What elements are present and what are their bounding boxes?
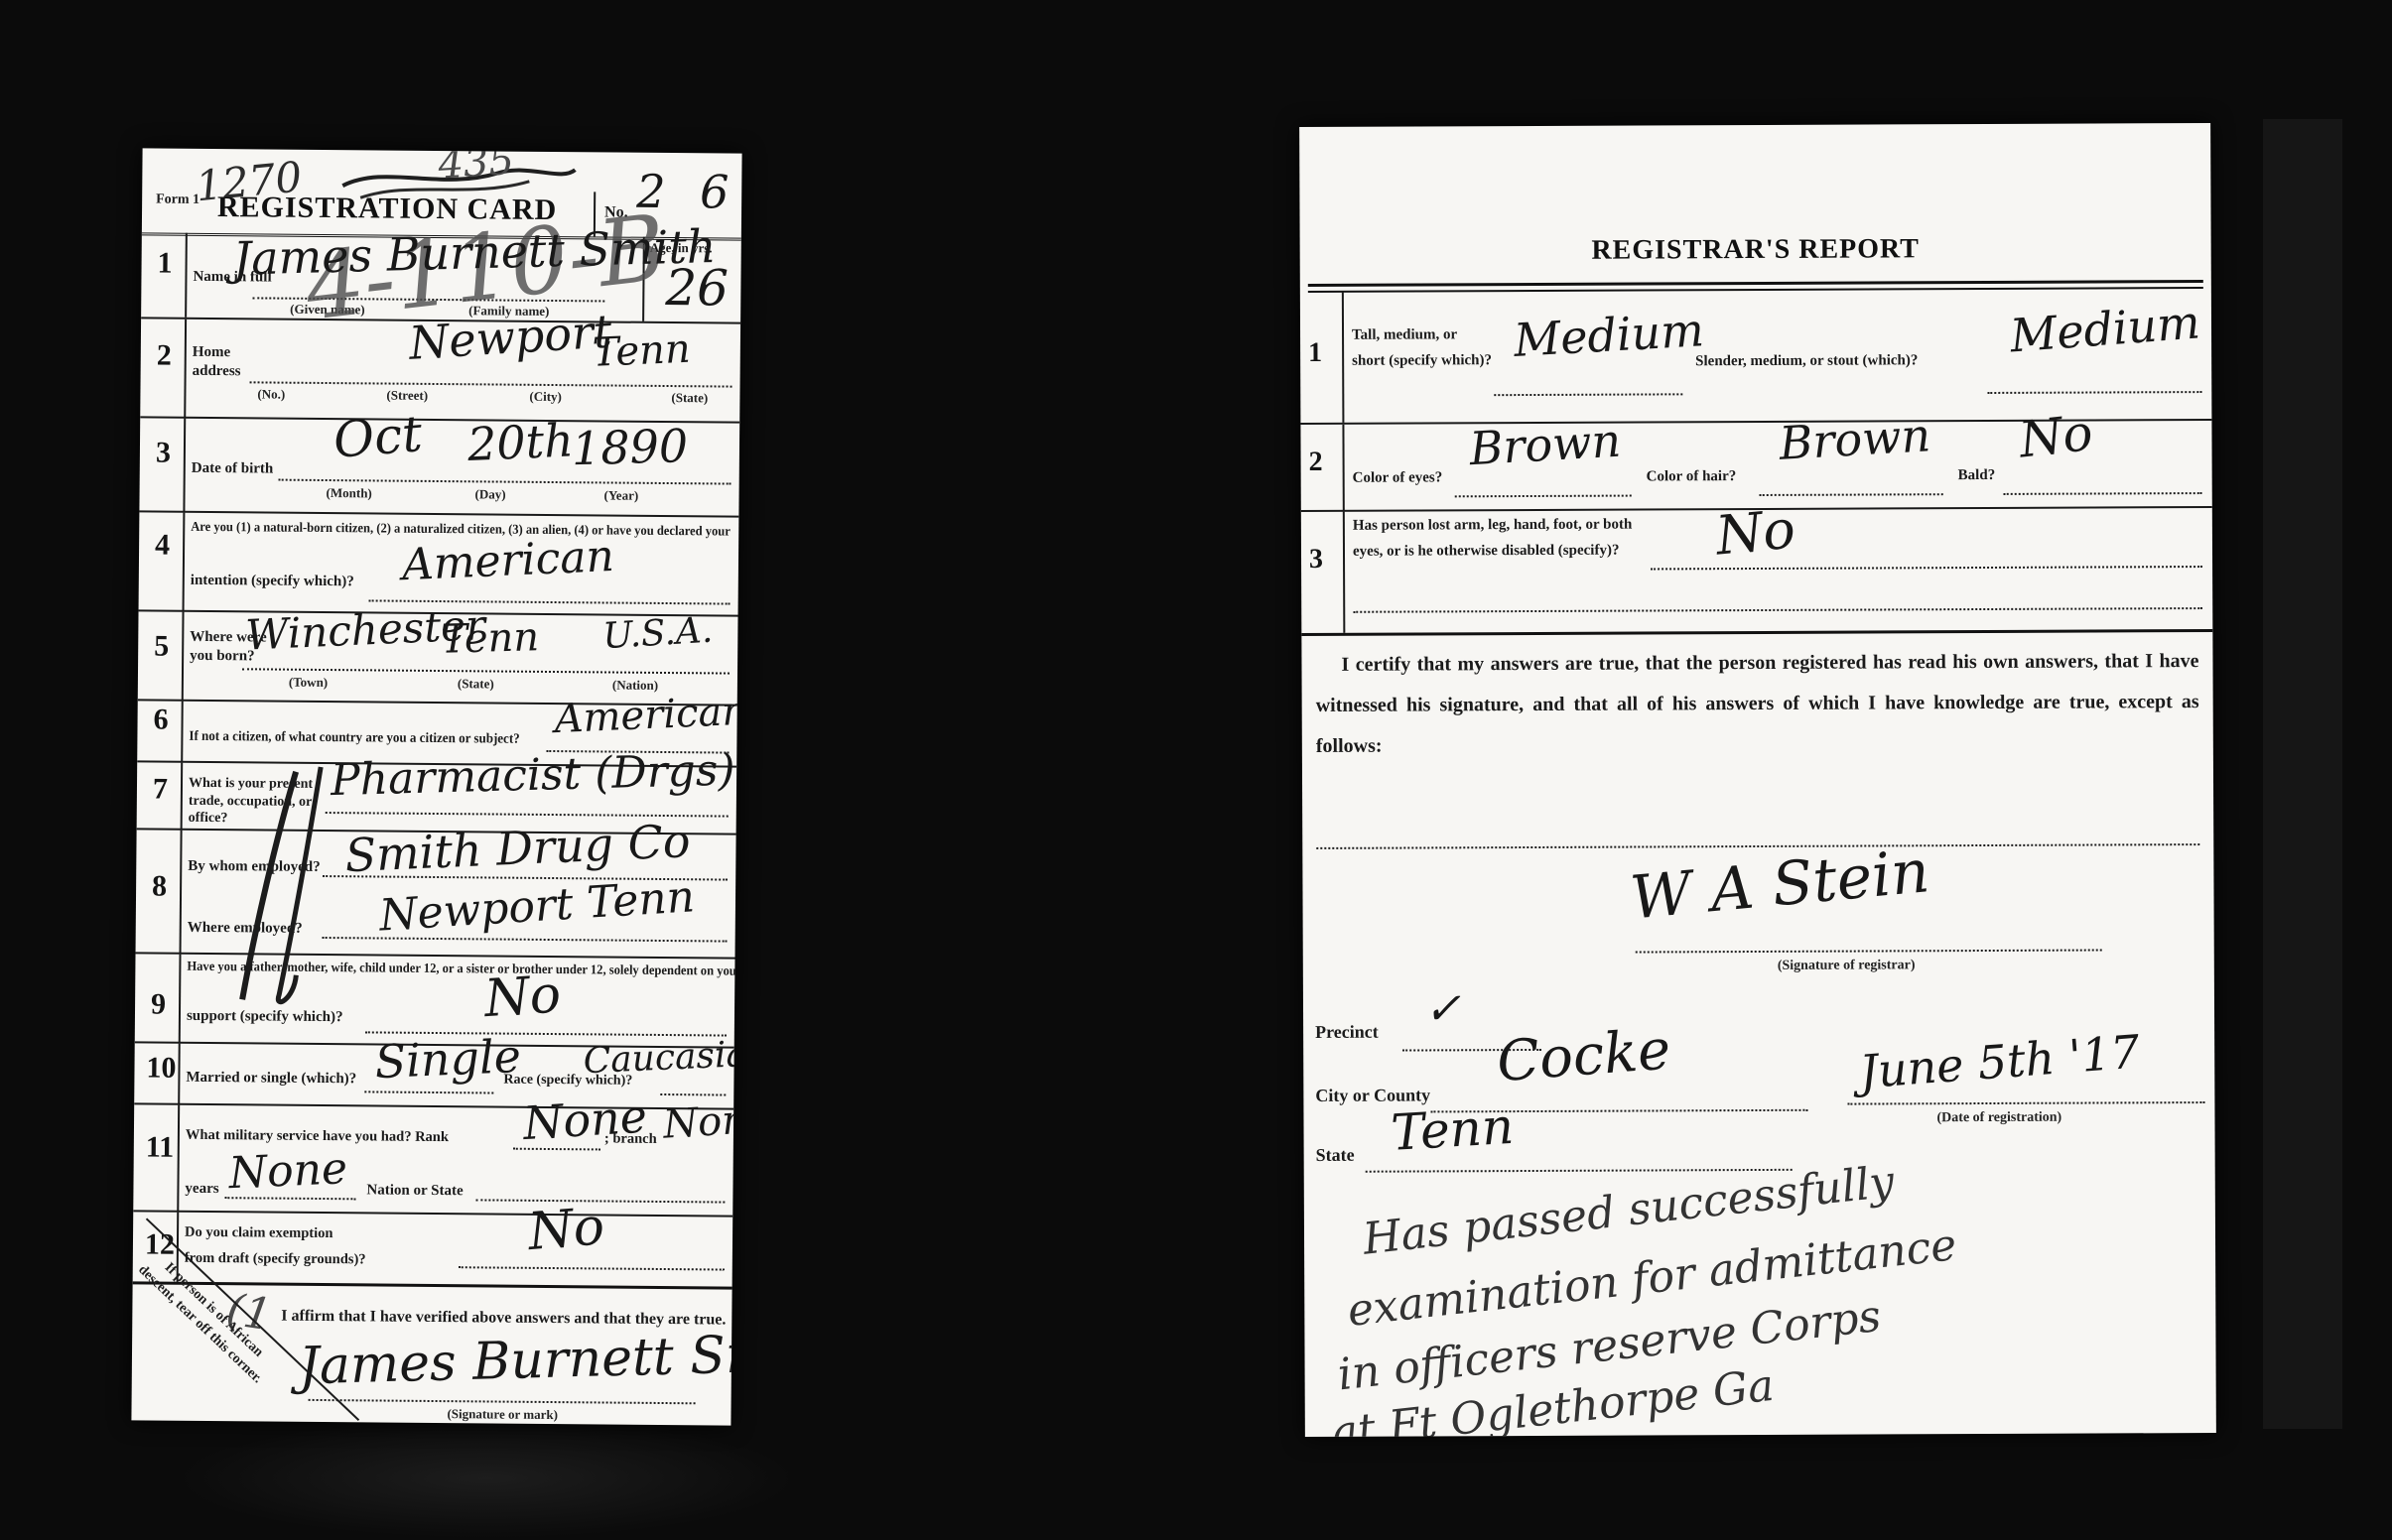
field-label-line2: from draft (specify grounds)?	[185, 1250, 366, 1269]
scanned-page: Form 1 1270 435 REGISTRATION CARD No. 2 …	[0, 0, 2392, 1540]
disability-label-line2: eyes, or is he otherwise disabled (speci…	[1353, 543, 1620, 561]
state-label: State	[1316, 1145, 1355, 1166]
row-number: 1	[1308, 337, 1322, 369]
build-answer: Medium	[2009, 299, 2202, 358]
bald-label: Bald?	[1958, 467, 1996, 484]
field-label-line2: intention (specify which)?	[191, 573, 354, 590]
report-title: REGISTRAR'S REPORT	[1300, 232, 2211, 268]
field-address: 2 Home address Newport Tenn (No.) (Stree…	[140, 317, 740, 423]
row-number: 4	[155, 529, 170, 563]
blank-line	[1316, 843, 2199, 849]
by-whom-answer: Smith Drug Co	[344, 818, 692, 878]
number-column-rule	[183, 513, 186, 612]
answer-line	[2004, 492, 2202, 495]
number-column-rule	[1342, 425, 1344, 512]
registration-date-answer: June 5th '17	[1858, 1029, 2141, 1095]
row-number: 8	[152, 870, 167, 904]
report-field-build: 1 Tall, medium, or short (specify which)…	[1300, 288, 2212, 423]
build-label: Slender, medium, or stout (which)?	[1695, 352, 1918, 370]
signature-sub-label: (Signature or mark)	[447, 1406, 558, 1423]
trade-answer: Pharmacist (Drgs)	[331, 749, 736, 804]
serial-handwriting: 435	[437, 148, 515, 185]
number-column-rule	[178, 1044, 181, 1105]
answer-line	[242, 668, 730, 674]
citizenship-answer: American	[401, 535, 615, 587]
non-citizen-answer: American	[554, 692, 742, 739]
answer-line	[660, 1093, 726, 1096]
bald-answer: No	[2017, 408, 2095, 465]
number-column-rule	[184, 320, 187, 419]
report-field-disability: 3 Has person lost arm, leg, hand, foot, …	[1301, 506, 2213, 636]
birth-year-answer: 1890	[571, 423, 688, 471]
address-state-answer: Tenn	[592, 329, 691, 373]
rank-label: What military service have you had? Rank	[186, 1127, 449, 1146]
state-answer: Tenn	[1390, 1101, 1515, 1158]
precinct-label: Precinct	[1315, 1022, 1379, 1043]
signature-line	[309, 1399, 696, 1404]
years-answer: None	[228, 1147, 348, 1196]
hair-label: Color of hair?	[1647, 468, 1737, 485]
answer-line	[364, 1091, 493, 1093]
birthplace-state-answer: Tenn	[441, 617, 540, 660]
number-column-rule	[1343, 512, 1346, 633]
field-exemption: 12 Do you claim exemption from draft (sp…	[133, 1210, 733, 1288]
answer-line	[279, 479, 731, 485]
field-label-line2: support (specify which)?	[187, 1008, 343, 1026]
disability-answer: No	[1714, 502, 1797, 563]
where-employed-answer: Newport Tenn	[378, 875, 696, 938]
field-label-line1: Are you (1) a natural-born citizen, (2) …	[191, 519, 731, 540]
height-label-line1: Tall, medium, or	[1352, 326, 1457, 343]
married-label: Married or single (which)?	[186, 1070, 356, 1088]
number-column-rule	[177, 1105, 180, 1213]
nation-state-label: Nation or State	[366, 1182, 463, 1200]
certification-text: I certify that my answers are true, that…	[1315, 641, 2199, 767]
row-number: 3	[156, 437, 171, 470]
signature-sub-label: (Signature of registrar)	[1778, 958, 1916, 974]
field-label-line1: Have you a father, mother, wife, child u…	[187, 959, 741, 979]
answer-line	[1455, 495, 1632, 498]
field-employer: 8 By whom employed? Smith Drug Co Where …	[136, 828, 736, 959]
sub-label-city: (City)	[529, 389, 562, 405]
answer-line	[1651, 566, 2202, 570]
birth-day-answer: 20th	[466, 417, 575, 467]
sub-label-nation: (Nation)	[612, 678, 658, 694]
branch-label: ; branch	[604, 1130, 657, 1147]
registrant-signature: James Burnett Smith	[298, 1327, 741, 1392]
race-answer: Caucasian	[583, 1036, 742, 1080]
row-number: 11	[146, 1130, 175, 1164]
field-label: Home address	[193, 343, 262, 381]
number-column-rule	[181, 702, 184, 763]
date-line	[1847, 1101, 2204, 1105]
signature-line	[1636, 949, 2102, 953]
exemption-answer: No	[526, 1201, 606, 1258]
height-answer: Medium	[1513, 307, 1705, 363]
field-birthdate: 3 Date of birth Oct 20th 1890 (Month) (D…	[139, 416, 739, 517]
number-column-rule	[185, 233, 188, 318]
field-military: 11 What military service have you had? R…	[133, 1102, 733, 1217]
name-answer: James Burnett Smith	[232, 223, 717, 282]
sub-label-town: (Town)	[289, 675, 328, 691]
number-column-rule	[182, 612, 185, 702]
birthplace-nation-answer: U.S.A.	[601, 613, 714, 656]
number-column-rule	[180, 831, 183, 955]
number-column-rule	[1342, 292, 1345, 423]
dependents-answer: No	[483, 968, 563, 1025]
birth-month-answer: Oct	[332, 409, 424, 465]
sub-label-year: (Year)	[603, 487, 638, 503]
answer-line	[459, 1266, 725, 1270]
sub-label-street: (Street)	[386, 388, 428, 404]
answer-line	[1366, 1169, 1793, 1173]
answer-line	[513, 1148, 600, 1151]
sub-label-state: (State)	[458, 676, 494, 692]
blank-line	[1353, 607, 2202, 613]
answer-line	[1494, 393, 1682, 396]
field-label-line1: Do you claim exemption	[185, 1224, 333, 1242]
row-number: 2	[157, 339, 172, 373]
city-county-answer: Cocke	[1495, 1022, 1672, 1091]
married-answer: Single	[374, 1033, 522, 1085]
eyes-answer: Brown	[1468, 418, 1622, 472]
sub-label-no: (No.)	[257, 386, 285, 402]
answer-line	[224, 1197, 355, 1200]
date-sub-label: (Date of registration)	[1936, 1110, 2061, 1127]
registrar-signature: W A Stein	[1628, 841, 1931, 928]
eyes-label: Color of eyes?	[1353, 469, 1443, 486]
row-number: 7	[153, 773, 168, 807]
height-label-line2: short (specify which)?	[1352, 352, 1492, 370]
row-number: 3	[1309, 544, 1323, 576]
answer-line	[250, 381, 732, 387]
row-number: 9	[151, 987, 166, 1021]
row-number: 6	[153, 704, 168, 737]
scan-artifact	[2263, 119, 2342, 1429]
field-citizenship: 4 Are you (1) a natural-born citizen, (2…	[139, 510, 739, 616]
row-number: 1	[157, 247, 172, 281]
sub-label-day: (Day)	[475, 486, 506, 502]
report-field-appearance: 2 Color of eyes? Brown Color of hair? Br…	[1300, 419, 2211, 512]
branch-answer: None	[662, 1098, 742, 1145]
hair-answer: Brown	[1778, 412, 1931, 466]
row-number: 5	[154, 630, 169, 664]
years-label: years	[185, 1181, 218, 1198]
sub-label-state: (State)	[671, 390, 708, 406]
answer-line	[1987, 391, 2201, 394]
precinct-answer: ✓	[1424, 987, 1461, 1031]
registrars-report-card: REGISTRAR'S REPORT 1 Tall, medium, or sh…	[1299, 123, 2216, 1437]
sub-label-month: (Month)	[327, 485, 372, 501]
number-column-rule	[179, 955, 182, 1044]
field-label: Date of birth	[192, 460, 274, 478]
affirmation-text: I affirm that I have verified above answ…	[281, 1308, 726, 1330]
answer-line	[1760, 493, 1943, 496]
row-number: 10	[146, 1051, 176, 1085]
scan-artifact	[179, 1419, 794, 1538]
number-column-rule	[181, 763, 184, 831]
number-column-rule	[183, 419, 186, 513]
field-label: If not a citizen, of what country are yo…	[189, 729, 519, 748]
disability-label-line1: Has person lost arm, leg, hand, foot, or…	[1353, 517, 1632, 535]
row-number: 2	[1309, 447, 1323, 478]
registration-card: Form 1 1270 435 REGISTRATION CARD No. 2 …	[131, 148, 741, 1425]
